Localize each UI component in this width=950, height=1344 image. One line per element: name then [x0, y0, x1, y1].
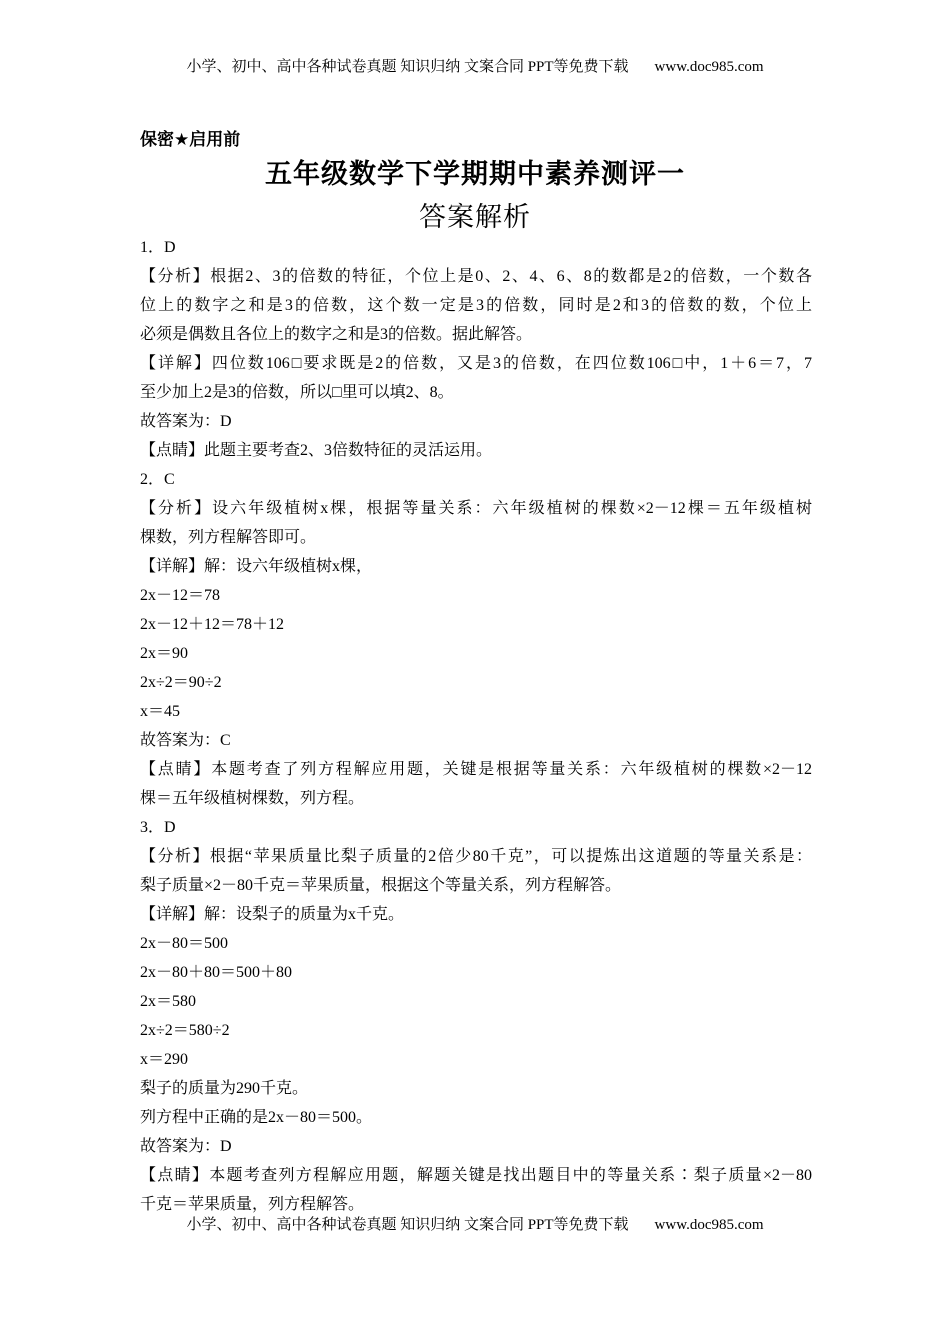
answer-text-line: 【分析】根据“苹果质量比梨子质量的2倍少80千克”，可以提炼出这道题的等量关系是… [140, 842, 812, 871]
answer-text-line: 2x＝580 [140, 987, 812, 1016]
answer-text-line: 2x－80＋80＝500＋80 [140, 958, 812, 987]
answer-text-line: x＝45 [140, 697, 812, 726]
answer-text-line: 2x＝90 [140, 639, 812, 668]
footer-site-url: www.doc985.com [655, 1217, 764, 1233]
answer-text-line: 2x÷2＝580÷2 [140, 1016, 812, 1045]
answer-text-line: x＝290 [140, 1045, 812, 1074]
answer-text-line: 【详解】解：设梨子的质量为x千克。 [140, 900, 812, 929]
answer-text-line: 棵＝五年级植树棵数，列方程。 [140, 784, 812, 813]
answer-content: 1．D【分析】根据2、3的倍数的特征，个位上是0、2、4、6、8的数都是2的倍数… [140, 233, 812, 1219]
page-footer: 小学、初中、高中各种试卷真题 知识归纳 文案合同 PPT等免费下载www.doc… [0, 1213, 950, 1234]
answer-text-line: 故答案为：D [140, 1132, 812, 1161]
answer-text-line: 2x－12＋12＝78＋12 [140, 610, 812, 639]
answer-number-line: 2．C [140, 465, 812, 494]
header-watermark-text: 小学、初中、高中各种试卷真题 知识归纳 文案合同 PPT等免费下载 [186, 59, 628, 75]
page-header: 小学、初中、高中各种试卷真题 知识归纳 文案合同 PPT等免费下载www.doc… [0, 55, 950, 76]
answer-text-line: 列方程中正确的是2x－80＝500。 [140, 1103, 812, 1132]
answer-text-line: 故答案为：D [140, 407, 812, 436]
answer-text-line: 位上的数字之和是3的倍数，这个数一定是3的倍数，同时是2和3的倍数的数，个位上 [140, 291, 812, 320]
solution-section-1: 1．D【分析】根据2、3的倍数的特征，个位上是0、2、4、6、8的数都是2的倍数… [140, 233, 812, 465]
answer-text-line: 【详解】解：设六年级植树x棵， [140, 552, 812, 581]
solution-section-3: 3．D【分析】根据“苹果质量比梨子质量的2倍少80千克”，可以提炼出这道题的等量… [140, 813, 812, 1219]
header-site-url: www.doc985.com [655, 59, 764, 75]
answer-text-line: 2x－80＝500 [140, 929, 812, 958]
answer-text-line: 【分析】根据2、3的倍数的特征，个位上是0、2、4、6、8的数都是2的倍数，一个… [140, 262, 812, 291]
answer-text-line: 【点睛】本题考查列方程解应用题，解题关键是找出题目中的等量关系∶梨子质量×2－8… [140, 1161, 812, 1190]
page-title: 五年级数学下学期期中素养测评一 [0, 152, 950, 191]
answer-text-line: 2x－12＝78 [140, 581, 812, 610]
answer-text-line: 梨子的质量为290千克。 [140, 1074, 812, 1103]
answer-text-line: 【详解】四位数106□要求既是2的倍数，又是3的倍数，在四位数106□中，1＋6… [140, 349, 812, 378]
answer-text-line: 必须是偶数且各位上的数字之和是3的倍数。据此解答。 [140, 320, 812, 349]
answer-text-line: 2x÷2＝90÷2 [140, 668, 812, 697]
answer-text-line: 梨子质量×2－80千克＝苹果质量，根据这个等量关系，列方程解答。 [140, 871, 812, 900]
page-subtitle: 答案解析 [0, 195, 950, 234]
answer-text-line: 棵数，列方程解答即可。 [140, 523, 812, 552]
answer-text-line: 【分析】设六年级植树x棵，根据等量关系：六年级植树的棵数×2－12棵＝五年级植树 [140, 494, 812, 523]
answer-text-line: 至少加上2是3的倍数，所以□里可以填2、8。 [140, 378, 812, 407]
answer-number-line: 1．D [140, 233, 812, 262]
answer-text-line: 故答案为：C [140, 726, 812, 755]
solution-section-2: 2．C【分析】设六年级植树x棵，根据等量关系：六年级植树的棵数×2－12棵＝五年… [140, 465, 812, 813]
answer-text-line: 【点睛】本题考查了列方程解应用题，关键是根据等量关系：六年级植树的棵数×2－12 [140, 755, 812, 784]
confidential-notice: 保密★启用前 [140, 125, 240, 150]
answer-number-line: 3．D [140, 813, 812, 842]
answer-text-line: 【点睛】此题主要考查2、3倍数特征的灵活运用。 [140, 436, 812, 465]
document-page: 小学、初中、高中各种试卷真题 知识归纳 文案合同 PPT等免费下载www.doc… [0, 0, 950, 1344]
footer-watermark-text: 小学、初中、高中各种试卷真题 知识归纳 文案合同 PPT等免费下载 [186, 1217, 628, 1233]
